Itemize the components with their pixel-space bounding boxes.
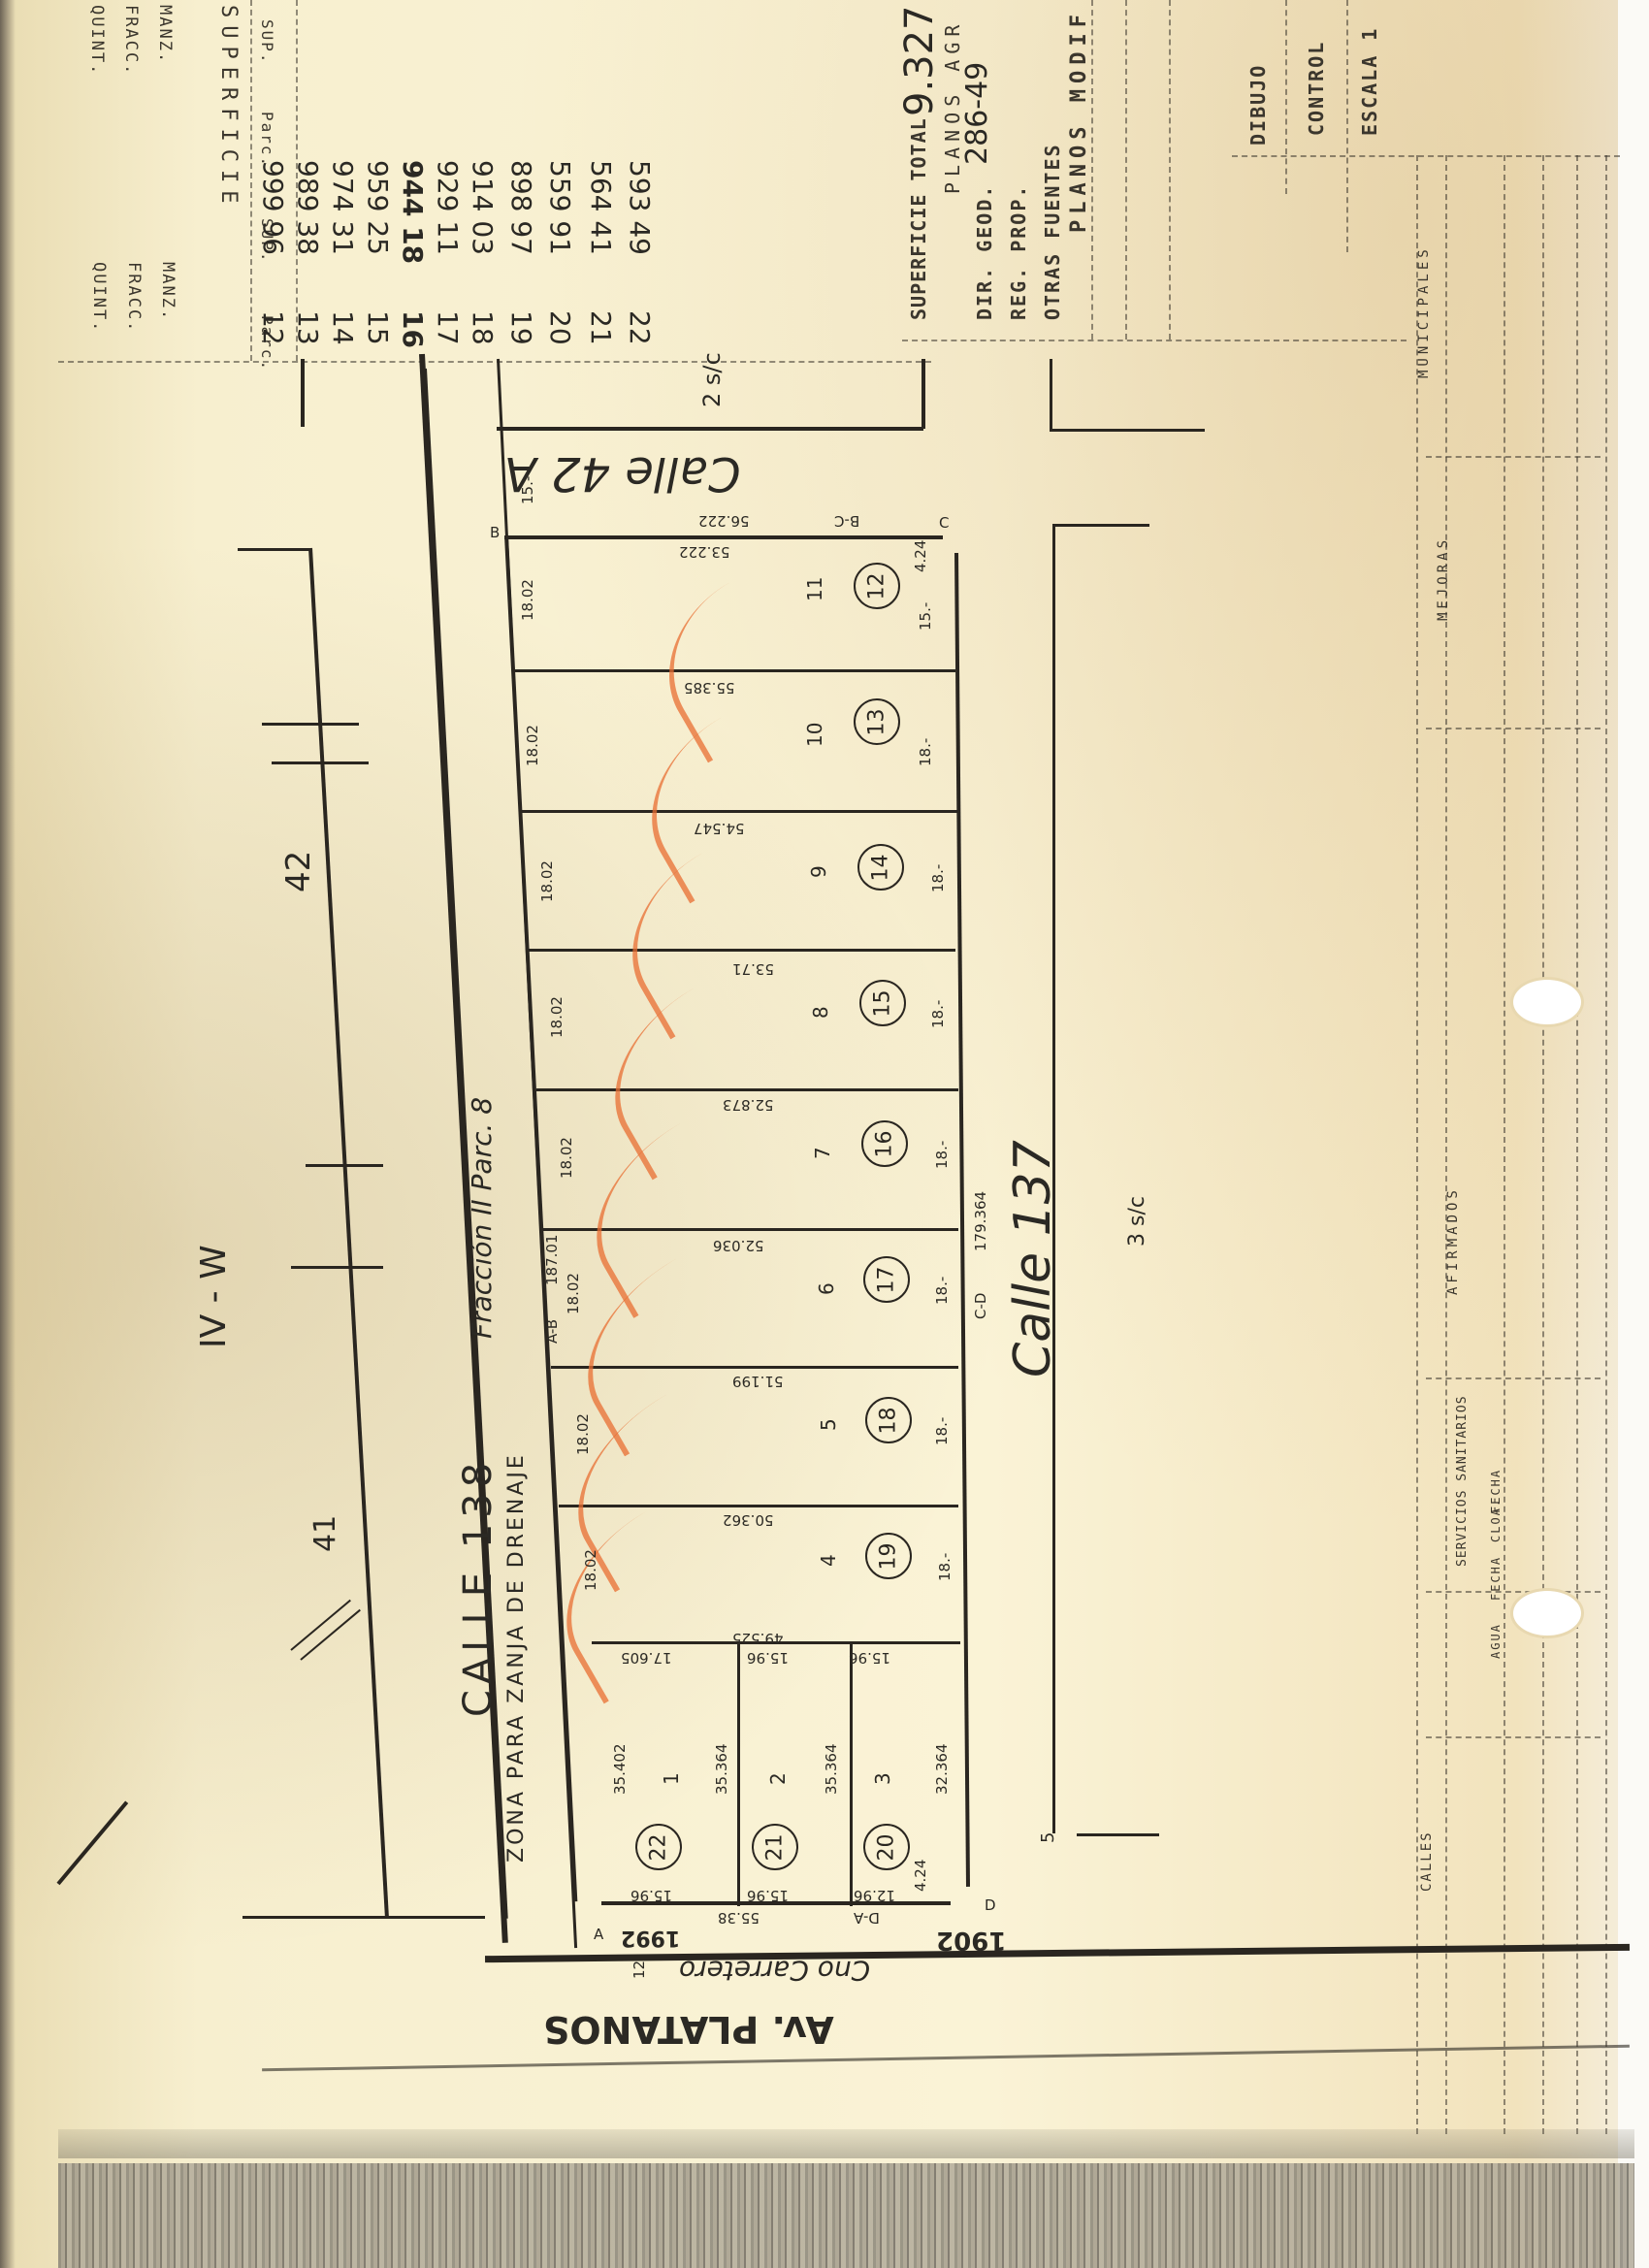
street-north-label: Calle 42 A xyxy=(504,446,741,501)
adjacent-3sc: 3 s/c xyxy=(1125,1196,1149,1247)
neighbor-42: 42 xyxy=(279,851,318,892)
parcel-depth: 55.385 xyxy=(684,679,735,697)
tick-line xyxy=(272,761,369,764)
parcel-depth: 52.036 xyxy=(713,1237,764,1254)
punch-hole xyxy=(1513,1591,1581,1636)
boundary-line xyxy=(921,359,925,429)
corner-chamfer-top: 4.24 xyxy=(912,540,929,572)
table-row-parc: 20 xyxy=(544,310,576,345)
boundary-line xyxy=(1050,359,1052,432)
panel-rule xyxy=(1542,155,1544,2134)
lot-number: 5 xyxy=(817,1418,840,1431)
table-row-parc: 12 xyxy=(257,310,289,345)
adjacent-5: 5 xyxy=(1038,1832,1058,1843)
parcel-49-label: 49.525 xyxy=(732,1630,784,1647)
boundary-line xyxy=(301,359,305,427)
boundary-line xyxy=(1050,429,1205,432)
parcel-front: 18.02 xyxy=(519,579,536,621)
fecha-label: FECHA xyxy=(1489,1556,1503,1601)
lot-number: 4 xyxy=(817,1554,840,1567)
parcel-depth: 52.873 xyxy=(723,1096,774,1114)
lot-number: 10 xyxy=(803,723,826,747)
planos-modif-label: PLANOS MODIF xyxy=(1067,9,1091,233)
manz-label-top: MANZ. xyxy=(155,5,175,64)
title-rule xyxy=(1285,0,1287,194)
parcel-front: 18.02 xyxy=(574,1413,592,1455)
table-row-sup: 959 25 xyxy=(362,160,394,255)
parcel-bottom: 12.96 xyxy=(854,1887,895,1904)
scan-margin xyxy=(1618,0,1649,2268)
parcel-number: 22 xyxy=(635,1824,682,1870)
panel-rule xyxy=(1445,155,1447,2134)
manz-label: MANZ. xyxy=(158,262,178,321)
parcel-number: 18 xyxy=(865,1397,912,1443)
adjacent-2sc: 2 s/c xyxy=(698,352,726,407)
table-row-parc: 16 xyxy=(397,310,429,348)
parcel-number: 20 xyxy=(863,1824,910,1870)
parcel-depth: 54.547 xyxy=(694,820,745,837)
table-row-parc: 17 xyxy=(432,310,464,345)
table-row-sup: 914 03 xyxy=(467,160,499,255)
parcel-depth: 53.71 xyxy=(732,960,774,978)
tick-line xyxy=(291,1266,383,1269)
table-row-sup: 559 91 xyxy=(544,160,576,255)
control-label: CONTROL xyxy=(1305,41,1328,136)
dibujo-label: DIBUJO xyxy=(1246,64,1270,146)
title-rule xyxy=(1232,155,1620,157)
parcel-number: 17 xyxy=(863,1256,910,1303)
corner-chamfer-bottom: 4.24 xyxy=(912,1860,929,1892)
panel-rule xyxy=(1426,456,1600,458)
table-row-sup: 929 11 xyxy=(432,160,464,255)
tick-line xyxy=(306,1164,383,1167)
table-row-parc: 19 xyxy=(505,310,537,345)
avenue-label: Av. PLATANOS xyxy=(543,2008,834,2051)
table-row-sup: 989 38 xyxy=(292,160,324,255)
table-row-sup: 944 18 xyxy=(397,160,429,264)
parcel-number: 13 xyxy=(854,698,900,745)
parcel-back: 15.- xyxy=(917,602,934,631)
parcel-number: 21 xyxy=(752,1824,798,1870)
scan-artifact xyxy=(58,2129,1634,2158)
panel-rule xyxy=(1426,1377,1600,1379)
table-rule xyxy=(250,0,252,361)
parcel-bottom: 15.96 xyxy=(747,1887,789,1904)
parcel-back: 18.- xyxy=(936,1553,954,1581)
calle-side-dim: 15.- xyxy=(519,476,536,504)
corner-c: C xyxy=(939,514,949,532)
table-row-sup: 898 97 xyxy=(505,160,537,255)
corner-d: D xyxy=(985,1896,996,1914)
frontage-ab: 187.01 xyxy=(543,1235,561,1286)
servicios-sanitarios-label: SERVICIOS SANITARIOS xyxy=(1455,1395,1470,1567)
parcel-side-b: 32.364 xyxy=(933,1744,951,1796)
table-rule xyxy=(58,361,931,363)
parcel-front: 18.02 xyxy=(558,1137,575,1179)
frac-label: FRACC. xyxy=(124,262,144,333)
reg-prop-label: REG. PROP. xyxy=(1007,184,1030,320)
lot-number: 8 xyxy=(809,1006,832,1019)
parcel-divider xyxy=(850,1642,853,1906)
lot-number: 11 xyxy=(803,577,826,601)
parcel-back: 18.- xyxy=(929,864,947,892)
neighbor-41: 41 xyxy=(308,1515,342,1552)
tick-line xyxy=(242,1916,485,1919)
municipales-label: MUNICIPALES xyxy=(1416,245,1432,378)
panel-rule xyxy=(1503,155,1505,2134)
parcel-front: 18.02 xyxy=(582,1549,599,1591)
cd-label: C-D xyxy=(972,1293,989,1319)
parcel-number: 19 xyxy=(865,1533,912,1579)
frontage-da: 55.38 xyxy=(718,1909,760,1927)
quint-label-top: QUINT. xyxy=(87,5,107,76)
dir-geod-label: DIR. GEOD. xyxy=(973,184,996,320)
superficie-total-value: 9.327 xyxy=(897,5,942,116)
summary-rule xyxy=(1125,0,1127,340)
parcel-top: 15.96 xyxy=(747,1649,789,1667)
parcel-back: 18.- xyxy=(933,1277,951,1305)
table-row-parc: 13 xyxy=(292,310,324,345)
corner-b: B xyxy=(490,524,500,541)
afirmados-label: AFIRMADOS xyxy=(1445,1186,1461,1295)
parcel-depth: 53.222 xyxy=(679,543,730,561)
quint-label: QUINT. xyxy=(89,262,109,333)
frontage-bc: 56.222 xyxy=(698,512,750,530)
parcel-number: 14 xyxy=(857,844,904,891)
summary-rule xyxy=(1169,0,1171,340)
summary-rule xyxy=(1091,0,1093,340)
lot-number: 6 xyxy=(815,1282,838,1295)
escala-label: ESCALA 1 xyxy=(1358,27,1381,136)
block-label: IV - W xyxy=(194,1245,234,1348)
table-row-parc: 14 xyxy=(327,310,359,345)
parcel-side-b: 35.364 xyxy=(713,1744,730,1796)
street-137-label: Calle 137 xyxy=(1004,1140,1062,1377)
punch-hole xyxy=(1513,980,1581,1024)
parcel-back: 18.- xyxy=(933,1141,951,1169)
fraccion-label: Fracción II Parc. 8 xyxy=(466,1097,498,1339)
camino-label: Cno Carretero xyxy=(679,1955,870,1987)
lot-number: 7 xyxy=(811,1147,834,1159)
parcel-front: 18.02 xyxy=(565,1273,582,1314)
panel-rule xyxy=(1576,155,1578,2134)
parcel-number: 12 xyxy=(854,563,900,609)
parcel-front: 18.02 xyxy=(524,725,541,766)
year-label-1: 1992 xyxy=(621,1926,680,1950)
scan-artifact xyxy=(58,2163,1634,2268)
panel-rule xyxy=(1416,155,1418,2134)
panel-rule xyxy=(1605,155,1607,2134)
zona-drenaje-label: ZONA PARA ZANJA DE DRENAJE xyxy=(504,1452,529,1863)
parcel-depth: 51.199 xyxy=(732,1373,784,1390)
parcel-divider xyxy=(737,1644,740,1906)
lot-number: 1 xyxy=(660,1772,683,1785)
summary-rule xyxy=(902,340,1406,341)
boundary-line xyxy=(497,427,923,431)
table-row-parc: 15 xyxy=(362,310,394,345)
panel-rule xyxy=(1426,1736,1600,1738)
lot-number: 3 xyxy=(871,1772,894,1785)
street-138-label: CALLE 138 xyxy=(456,1457,501,1717)
calles-label: CALLES xyxy=(1419,1831,1435,1892)
parcel-front: 18.02 xyxy=(548,996,566,1038)
corner-a: A xyxy=(594,1926,603,1943)
table-row-parc: 21 xyxy=(585,310,617,345)
title-rule xyxy=(1346,0,1348,252)
mejoras-label: MEJORAS xyxy=(1436,536,1451,621)
table-row-parc: 18 xyxy=(467,310,499,345)
tick-line xyxy=(262,723,359,726)
parcel-side-a: 35.402 xyxy=(611,1744,629,1796)
panel-rule xyxy=(1426,1591,1600,1593)
superficie-label: SUPERFICIE xyxy=(216,5,241,211)
frac-label-top: FRACC. xyxy=(121,5,141,76)
ab-label: A-B xyxy=(543,1319,561,1344)
year-label-2: 1902 xyxy=(936,1926,1006,1955)
da-label: D-A xyxy=(854,1909,880,1927)
table-row-sup: 593 49 xyxy=(624,160,656,255)
parcel-depth: 50.362 xyxy=(723,1511,774,1529)
parcel-back: 18.- xyxy=(933,1417,951,1445)
parcel-side-b: 35.364 xyxy=(823,1744,840,1796)
adjacent-boundary xyxy=(1052,524,1149,527)
table-row-sup: 564 41 xyxy=(585,160,617,255)
parcel-number: 16 xyxy=(861,1120,908,1167)
table-row-sup: 999 96 xyxy=(257,160,289,255)
sup-header-right: SUP. xyxy=(258,19,276,65)
table-row-parc: 22 xyxy=(624,310,656,345)
agua-label: AGUA xyxy=(1489,1623,1503,1659)
adjacent-boundary xyxy=(1077,1833,1159,1836)
fecha-label: FECHA xyxy=(1489,1469,1503,1513)
parcel-top: 17.605 xyxy=(621,1649,672,1667)
frontage-cd: 179.364 xyxy=(972,1191,989,1251)
parcel-front: 18.02 xyxy=(538,860,556,902)
parcel-bottom: 15.96 xyxy=(630,1887,672,1904)
parcel-back: 18.- xyxy=(917,738,934,766)
lot-number: 2 xyxy=(766,1772,790,1785)
lot-number: 9 xyxy=(807,865,830,878)
parcel-number: 15 xyxy=(859,980,906,1026)
table-row-sup: 974 31 xyxy=(327,160,359,255)
parcel-top: 15.96 xyxy=(849,1649,890,1667)
dim-12: 12 xyxy=(630,1960,648,1979)
panel-rule xyxy=(1426,728,1600,729)
superficie-total-label: SUPERFICIE TOTAL xyxy=(907,117,930,320)
bc-label: B-C xyxy=(834,512,859,530)
block-boundary-top xyxy=(504,535,943,539)
parcel-back: 18.- xyxy=(929,1000,947,1028)
scan-edge-shadow xyxy=(0,0,16,2268)
otras-fuentes-label: OTRAS FUENTES xyxy=(1041,143,1064,320)
tick-line xyxy=(238,548,311,551)
dir-geod-value: 286-49 xyxy=(960,62,994,165)
